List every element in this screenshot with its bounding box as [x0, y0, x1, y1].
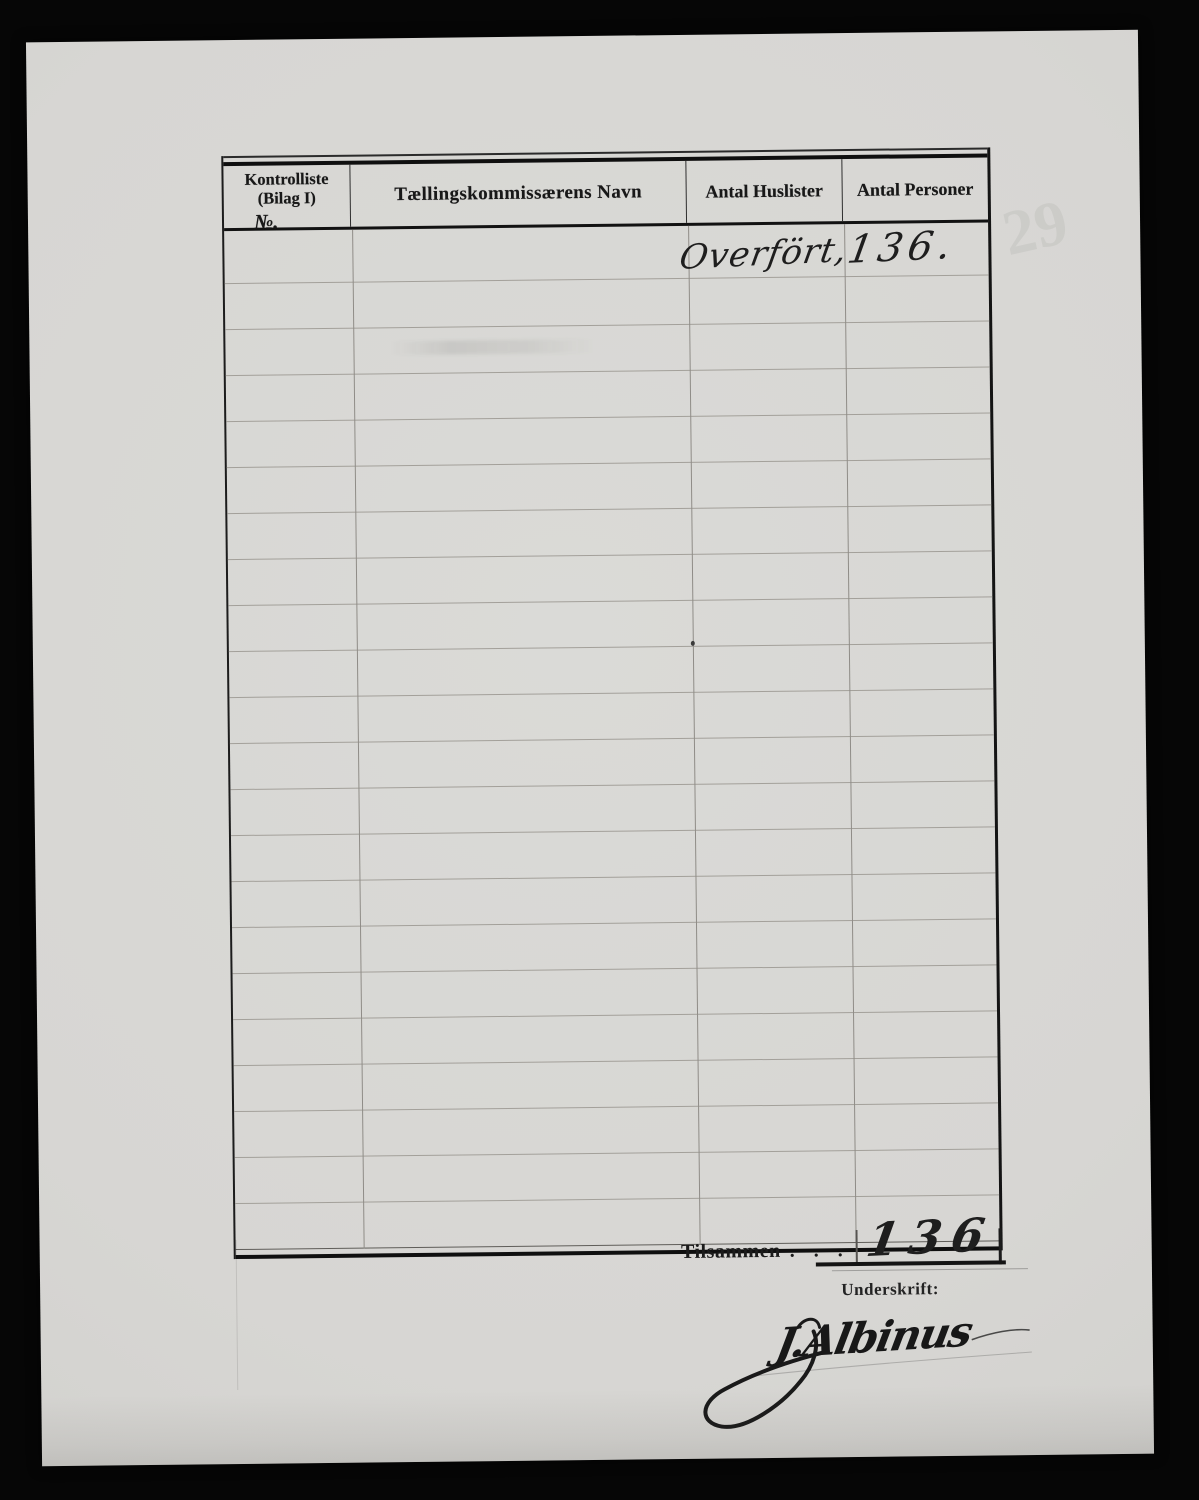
total-underline-faint	[832, 1268, 1028, 1271]
header-kontrolliste: Kontrolliste (Bilag I) №.	[223, 165, 351, 228]
table-header-row: Kontrolliste (Bilag I) №. Tællingskommis…	[223, 157, 988, 231]
scan-background: 29 Kontrolliste (Bilag I) №. Tællingskom…	[0, 0, 1199, 1500]
total-label: Tilsammen. . .	[595, 1239, 850, 1265]
signature-block: J.Albinus	[685, 1299, 1037, 1478]
handwritten-total-value: 136	[863, 1207, 999, 1267]
ghost-page-number: 29	[996, 185, 1075, 271]
signature-label: Underskrift:	[815, 1279, 965, 1301]
table-body	[224, 222, 1000, 1250]
paper-crease	[236, 1240, 239, 1390]
total-label-text: Tilsammen	[681, 1240, 781, 1263]
handwritten-carried-over-value: 136.	[844, 223, 959, 273]
header-antal-personer: Antal Personer	[842, 157, 988, 221]
control-list-table: Kontrolliste (Bilag I) №. Tællingskommis…	[221, 147, 1002, 1259]
stray-ink-dot	[691, 641, 695, 646]
header-kontrolliste-line1: Kontrolliste	[223, 170, 349, 190]
document-page: 29 Kontrolliste (Bilag I) №. Tællingskom…	[26, 30, 1154, 1467]
handwritten-carried-over-label: Overfört,	[677, 230, 851, 278]
bleed-through-smudge	[389, 339, 594, 355]
header-kontrolliste-line2: (Bilag I)	[224, 188, 350, 208]
total-cell-right-border	[998, 1228, 1001, 1264]
header-commissioner-name: Tællingskommissærens Navn	[350, 161, 687, 227]
header-antal-huslister: Antal Huslister	[686, 159, 843, 223]
total-label-dots: . . .	[781, 1239, 850, 1262]
total-underline	[816, 1260, 1006, 1266]
